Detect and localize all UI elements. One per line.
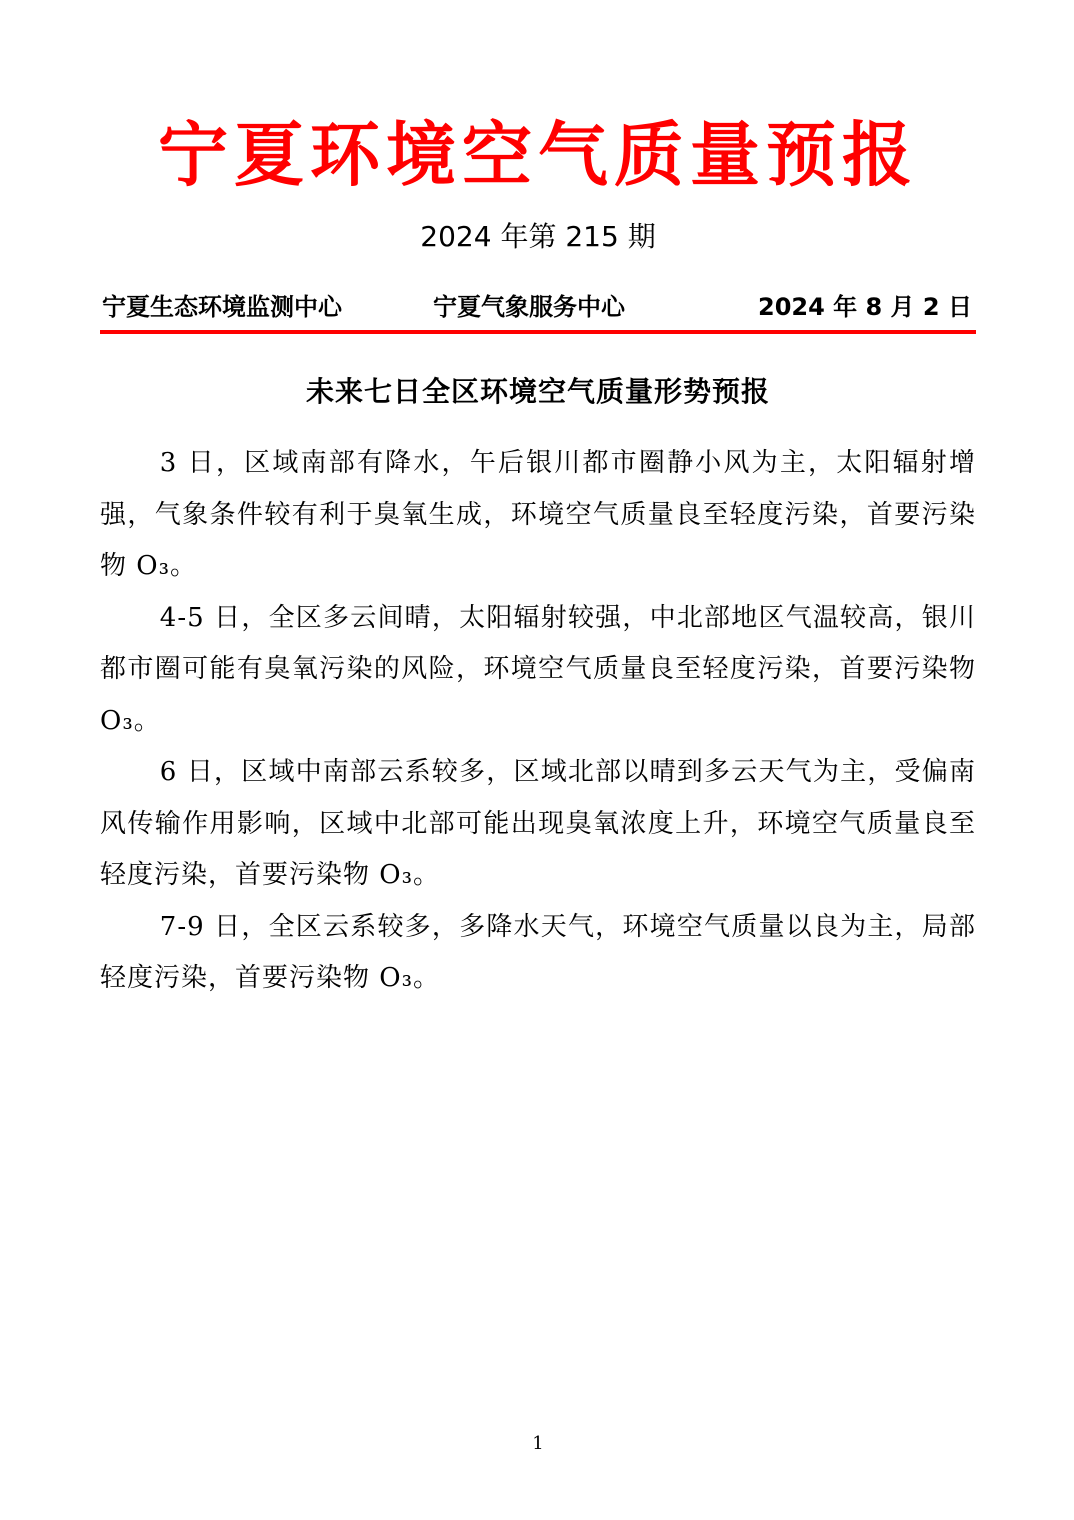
section-title: 未来七日全区环境空气质量形势预报 xyxy=(100,370,976,410)
forecast-paragraph-day4-5: 4-5 日，全区多云间晴，太阳辐射较强，中北部地区气温较高，银川都市圈可能有臭氧… xyxy=(100,593,976,748)
forecast-paragraph-day3: 3 日，区域南部有降水，午后银川都市圈静小风为主，太阳辐射增强，气象条件较有利于… xyxy=(100,438,976,593)
document-title: 宁夏环境空气质量预报 xyxy=(100,0,976,193)
masthead-row: 宁夏生态环境监测中心 宁夏气象服务中心 2024 年 8 月 2 日 xyxy=(100,287,976,334)
org-monitoring-center: 宁夏生态环境监测中心 xyxy=(102,287,342,322)
forecast-paragraph-day7-9: 7-9 日，全区云系较多，多降水天气，环境空气质量以良为主，局部轻度污染，首要污… xyxy=(100,902,976,1005)
forecast-paragraph-day6: 6 日，区域中南部云系较多，区域北部以晴到多云天气为主，受偏南风传输作用影响，区… xyxy=(100,747,976,902)
org-meteorological-center: 宁夏气象服务中心 xyxy=(433,287,667,322)
document-page: 宁夏环境空气质量预报 2024 年第 215 期 宁夏生态环境监测中心 宁夏气象… xyxy=(100,0,976,1520)
forecast-body: 3 日，区域南部有降水，午后银川都市圈静小风为主，太阳辐射增强，气象条件较有利于… xyxy=(100,438,976,1005)
page-number: 1 xyxy=(100,1433,976,1454)
issue-date: 2024 年 8 月 2 日 xyxy=(758,287,972,322)
issue-number: 2024 年第 215 期 xyxy=(100,215,976,255)
